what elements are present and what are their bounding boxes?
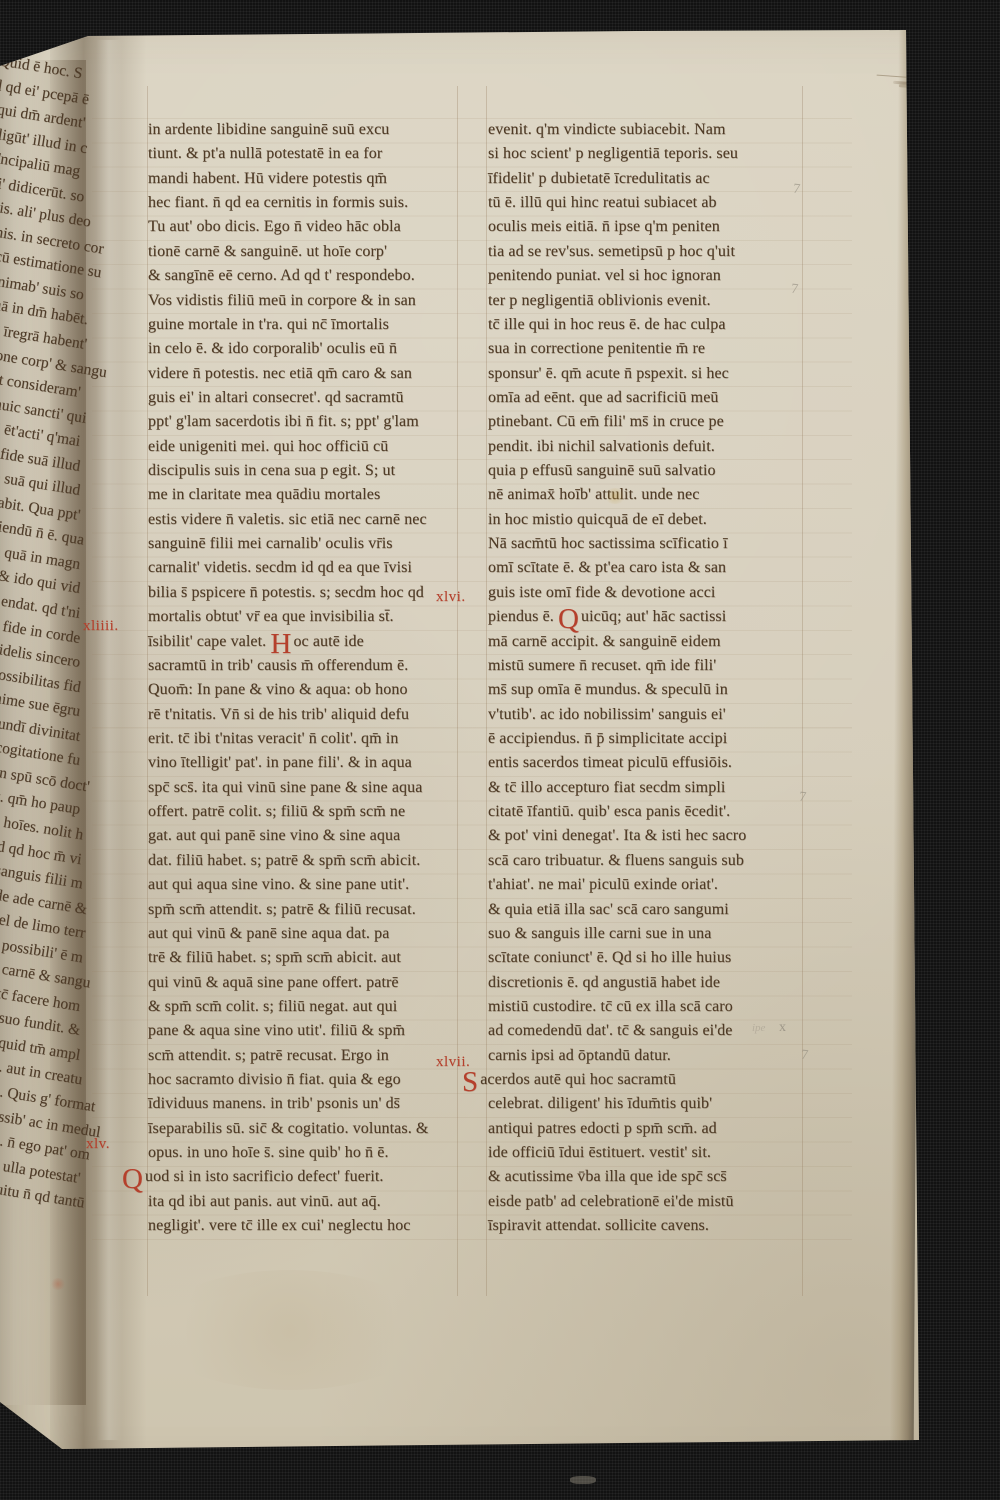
line-text: in hoc mistio quicquā de eī debet. — [488, 511, 707, 528]
line-text: carnalit' videtis. secdm id qd ea que īv… — [148, 559, 412, 576]
line-text: mistiū custodire. tc̄ cū ex illa scā car… — [488, 998, 733, 1015]
text-line: & sangīnē eē cerno. Ad qd t' respondebo. — [148, 264, 478, 288]
text-line: piendus ē. Quicūq; aut' hāc sactissi — [488, 605, 818, 629]
line-text: qui vinū & aquā sine pane offert. patrē — [148, 974, 399, 991]
line-text: celebrat. diligent' his īdum̄tis quib' — [488, 1095, 712, 1112]
text-line: hoc sacramto divisio n̄ fiat. quia & ego — [148, 1068, 478, 1092]
text-line: rē t'nitatis. Vn̄ si de his trib' aliqui… — [148, 703, 478, 727]
line-text: tū ē. illū qui hinc reatui subiacet ab — [488, 194, 717, 211]
line-text: spc̄ scs̄. ita qui vinū sine pane & sine… — [148, 779, 422, 796]
line-text: sua in correctione penitentie m̄ re — [488, 340, 705, 357]
stain — [604, 488, 626, 504]
line-text: & pot' vini denegat'. Ita & isti hec sac… — [488, 827, 746, 844]
line-text: erit. tc̄ ibi t'nitas veracit' n̄ colit'… — [148, 730, 398, 747]
text-line: mā carnē accipit. & sanguinē eidem — [488, 630, 818, 654]
line-text: bilia s̄ pspicere n̄ potestis. s; secdm … — [148, 584, 424, 601]
line-text: scā caro tribuatur. & fluens sanguis sub — [488, 852, 744, 869]
text-line: Quom̄: In pane & vino & aqua: ob hono — [148, 678, 478, 702]
line-text: acerdos autē qui hoc sacramtū — [480, 1071, 676, 1088]
text-line: tiunt. & pt'a nullā potestatē in ea for — [148, 142, 478, 166]
text-line: Tu aut' obo dicis. Ego n̄ video hāc obla — [148, 215, 478, 239]
line-text: Quom̄: In pane & vino & aqua: ob hono — [148, 681, 408, 698]
line-text: tiunt. & pt'a nullā potestatē in ea for — [148, 145, 382, 162]
text-line: in celo ē. & ido corporalib' oculis eū n… — [148, 337, 478, 361]
line-text: opus. in uno hoīe s̄. sine quib' ho n̄ ē… — [148, 1144, 389, 1161]
text-line: & quia etiā illa sac' scā caro sangumi — [488, 898, 818, 922]
line-text: ptinebant. Cū em̄ fili' ms̄ in cruce pe — [488, 413, 724, 430]
text-line: antiqui patres edocti p spm̄ scm̄. ad — [488, 1117, 818, 1141]
text-line: & acutissime v̄ba illa que ide spc̄ scs̄ — [488, 1165, 818, 1189]
line-text: citatē īfantiū. quib' esca panis ēcedit'… — [488, 803, 730, 820]
line-text: & quia etiā illa sac' scā caro sangumi — [488, 901, 729, 918]
line-text: eide unigeniti mei. qui hoc officiū cū — [148, 438, 388, 455]
text-line: negligit'. vere tc̄ ille ex cui' neglect… — [148, 1214, 478, 1238]
text-line: īdividuus manens. in trib' psonis un' ds… — [148, 1092, 478, 1116]
line-text: antiqui patres edocti p spm̄ scm̄. ad — [488, 1120, 717, 1137]
text-line: erit. tc̄ ibi t'nitas veracit' n̄ colit'… — [148, 727, 478, 751]
margin-numeral-xlvi: xlvi. — [436, 589, 466, 606]
line-text: īdividuus manens. in trib' psonis un' ds… — [148, 1095, 400, 1112]
stain — [150, 1270, 430, 1390]
line-text: in celo ē. & ido corporalib' oculis eū n… — [148, 340, 397, 357]
text-line: in hoc mistio quicquā de eī debet. — [488, 508, 818, 532]
text-line: ita qd ibi aut panis. aut vinū. aut aq̄. — [148, 1190, 478, 1214]
line-text: hoc sacramto divisio n̄ fiat. quia & ego — [148, 1071, 401, 1088]
text-line: mandi habent. Hū videre potestis qm̄ — [148, 167, 478, 191]
text-line: ppt' g'lam sacerdotis ibi n̄ fit. s; ppt… — [148, 410, 478, 434]
line-text: īfidelit' p dubietatē īcredulitatis ac — [488, 170, 710, 187]
text-line: sua in correctione penitentie m̄ re — [488, 337, 818, 361]
line-text: omī scītate ē. & pt'ea caro ista & san — [488, 559, 726, 576]
text-line: Nā sacm̄tū hoc sactissima scīficatio ī — [488, 532, 818, 556]
text-line: ms̄ sup omīa ē mundus. & speculū in — [488, 678, 818, 702]
line-text: videre n̄ potestis. nec etiā qm̄ caro & … — [148, 365, 412, 382]
line-text: tia ad se rev'sus. semetipsū p hoc q'uit — [488, 243, 735, 260]
text-line: mistū sumere n̄ recuset. qm̄ ide fili' — [488, 654, 818, 678]
pencil-note: ipe — [752, 1022, 765, 1034]
folio-number: 58 — [906, 35, 945, 71]
line-text: mā carnē accipit. & sanguinē eidem — [488, 633, 721, 650]
text-line: mistiū custodire. tc̄ cū ex illa scā car… — [488, 995, 818, 1019]
text-line: scītate coniunct' ē. Qd si ho ille huius — [488, 946, 818, 970]
line-text: oculis meis eitiā. n̄ ipse q'm peniten — [488, 218, 720, 235]
text-line: īfidelit' p dubietatē īcredulitatis ac — [488, 167, 818, 191]
text-line: ide officiū īdui ēstituert. vestit' sit. — [488, 1141, 818, 1165]
text-line: scm̄ attendit. s; patrē recusat. Ergo in — [148, 1044, 478, 1068]
text-line: Vos vidistis filiū meū in corpore & in s… — [148, 289, 478, 313]
text-line: oculis meis eitiā. n̄ ipse q'm peniten — [488, 215, 818, 239]
line-text: & tc̄ illo accepturo fiat secdm simpli — [488, 779, 725, 796]
text-line: scā caro tribuatur. & fluens sanguis sub — [488, 849, 818, 873]
line-text: Tu aut' obo dicis. Ego n̄ video hāc obla — [148, 218, 401, 235]
line-text: guis ei' in altari consecret'. qd sacram… — [148, 389, 404, 406]
line-text: aut qui vinū & panē sine aqua dat. pa — [148, 925, 389, 942]
text-line: omīa ad eēnt. que ad sacrificiū meū — [488, 386, 818, 410]
line-text: offert. patrē colit. s; filiū & spm̄ scm… — [148, 803, 405, 820]
text-line: eide unigeniti mei. qui hoc officiū cū — [148, 435, 478, 459]
line-text: mistū sumere n̄ recuset. qm̄ ide fili' — [488, 657, 716, 674]
text-line: & tc̄ illo accepturo fiat secdm simpli — [488, 776, 818, 800]
line-text: & acutissime v̄ba illa que ide spc̄ scs̄ — [488, 1168, 727, 1185]
line-text: dat. filiū habet. s; patrē & spm̄ scm̄ a… — [148, 852, 420, 869]
line-text: piendus ē. — [488, 608, 558, 625]
line-text: si hoc scient' p negligentiā teporis. se… — [488, 145, 738, 162]
line-text: penitendo puniat. vel si hoc ignoran — [488, 267, 721, 284]
line-text: tionē carnē & sanguinē. ut hoīe corp' — [148, 243, 387, 260]
margin-numeral-xliiii: xliiii. — [83, 618, 119, 635]
line-text: mandi habent. Hū videre potestis qm̄ — [148, 170, 387, 187]
text-line: omī scītate ē. & pt'ea caro ista & san — [488, 556, 818, 580]
text-line: aut qui vinū & panē sine aqua dat. pa — [148, 922, 478, 946]
text-line: tionē carnē & sanguinē. ut hoīe corp' — [148, 240, 478, 264]
line-text: mortalis obtut' vr̄ ea que invisibilia s… — [148, 608, 394, 625]
line-text: & spm̄ scm̄ colit. s; filiū negat. aut q… — [148, 998, 397, 1015]
line-text: pane & aqua sine vino utit'. filiū & spm… — [148, 1022, 405, 1039]
text-line: guis iste omī fide & devotione acci — [488, 581, 818, 605]
line-text: eisde patb' ad celebrationē ei'de mistū — [488, 1193, 734, 1210]
text-line: sacramtū in trib' causis m̄ offerendum ē… — [148, 654, 478, 678]
line-text: ad comedendū dat'. tc̄ & sanguis ei'de — [488, 1022, 733, 1039]
line-text: ms̄ sup omīa ē mundus. & speculū in — [488, 681, 728, 698]
line-text: t'ahiat'. ne mai' piculū exinde oriat'. — [488, 876, 718, 893]
text-line: citatē īfantiū. quib' esca panis ēcedit'… — [488, 800, 818, 824]
text-line: t'ahiat'. ne mai' piculū exinde oriat'. — [488, 873, 818, 897]
line-text: guine mortale in t'ra. qui nc̄ īmortalis — [148, 316, 389, 333]
line-text: sacramtū in trib' causis m̄ offerendum ē… — [148, 657, 408, 674]
text-line: penitendo puniat. vel si hoc ignoran — [488, 264, 818, 288]
text-line: ad comedendū dat'. tc̄ & sanguis ei'de — [488, 1019, 818, 1043]
line-text: oc autē ide — [293, 633, 363, 650]
text-line: trē & filiū habet. s; spm̄ scm̄ abicit. … — [148, 946, 478, 970]
pencil-x-mark: x — [779, 1020, 786, 1036]
text-line: sanguinē filii mei carnalib' oculis vr̄i… — [148, 532, 478, 556]
line-text: gat. aut qui panē sine vino & sine aqua — [148, 827, 400, 844]
margin-numeral-xlv: xlv. — [86, 1136, 110, 1153]
line-text: īspiravit attendat. sollicite cavens. — [488, 1217, 709, 1234]
line-text: scītate coniunct' ē. Qd si ho ille huius — [488, 949, 731, 966]
line-text: pendit. ibi nichil salvationis defuit. — [488, 438, 715, 455]
text-line: tū ē. illū qui hinc reatui subiacet ab — [488, 191, 818, 215]
text-line: īspiravit attendat. sollicite cavens. — [488, 1214, 818, 1238]
text-line: vino ītelligit' pat'. in pane fili'. & i… — [148, 751, 478, 775]
text-line: suo & sanguis ille carni sue in una — [488, 922, 818, 946]
line-text: scm̄ attendit. s; patrē recusat. Ergo in — [148, 1047, 389, 1064]
manuscript-photo: ūr. Quid ē hoc. S a id qd ei' pcepā ē is… — [0, 0, 1000, 1500]
left-text-column: in ardente libidine sanguinē suū excu ti… — [148, 118, 478, 1239]
stain — [50, 1278, 66, 1290]
line-text: ter p negligentiā oblivionis evenit. — [488, 292, 711, 309]
text-line: carnis ipsi ad ōptandū datur. — [488, 1044, 818, 1068]
line-text: carnis ipsi ad ōptandū datur. — [488, 1047, 671, 1064]
text-line: tc̄ ille qui in hoc reus ē. de hac culpa — [488, 313, 818, 337]
text-line: gat. aut qui panē sine vino & sine aqua — [148, 824, 478, 848]
line-text: & sangīnē eē cerno. Ad qd t' respondebo. — [148, 267, 415, 284]
line-text: sanguinē filii mei carnalib' oculis vr̄i… — [148, 535, 393, 552]
line-text: rē t'nitatis. Vn̄ si de his trib' aliqui… — [148, 706, 409, 723]
text-line: quia p effusū sanguinē suū salvatio — [488, 459, 818, 483]
background-chip — [570, 1476, 596, 1484]
text-line: videre n̄ potestis. nec etiā qm̄ caro & … — [148, 362, 478, 386]
text-line: ter p negligentiā oblivionis evenit. — [488, 289, 818, 313]
text-line: carnalit' videtis. secdm id qd ea que īv… — [148, 556, 478, 580]
line-text: entis sacerdos timeat piculū effusiōis. — [488, 754, 732, 771]
line-text: hec fiant. n̄ qd ea cernitis in formis s… — [148, 194, 408, 211]
text-line: in ardente libidine sanguinē suū excu — [148, 118, 478, 142]
line-text: ita qd ibi aut panis. aut vinū. aut aq̄. — [148, 1193, 381, 1210]
text-line: discretionis ē. qd angustiā habet ide — [488, 971, 818, 995]
line-text: v'tutib'. ac ido nobilissim' sanguis ei' — [488, 706, 726, 723]
line-text: trē & filiū habet. s; spm̄ scm̄ abicit. … — [148, 949, 401, 966]
text-line: qui vinū & aquā sine pane offert. patrē — [148, 971, 478, 995]
line-text: spm̄ scm̄ attendit. s; patrē & filiū rec… — [148, 901, 416, 918]
page-edge — [890, 30, 923, 1442]
text-line: opus. in uno hoīe s̄. sine quib' ho n̄ ē… — [148, 1141, 478, 1165]
text-line: Quod si in isto sacrificio defect' fueri… — [148, 1165, 478, 1189]
text-line: celebrat. diligent' his īdum̄tis quib' — [488, 1092, 818, 1116]
line-text: sponsur' ē. qm̄ acute n̄ pspexit. si hec — [488, 365, 729, 382]
line-text: me in claritate mea quādiu mortales — [148, 486, 380, 503]
text-line: & spm̄ scm̄ colit. s; filiū negat. aut q… — [148, 995, 478, 1019]
text-line: īsibilit' cape valet. Hoc autē ide — [148, 630, 478, 654]
text-line: v'tutib'. ac ido nobilissim' sanguis ei' — [488, 703, 818, 727]
text-line: aut qui aqua sine vino. & sine pane utit… — [148, 873, 478, 897]
text-line: nē animax̄ hoīb' attulit. unde nec — [488, 483, 818, 507]
line-text: discretionis ē. qd angustiā habet ide — [488, 974, 720, 991]
text-line: bilia s̄ pspicere n̄ potestis. s; secdm … — [148, 581, 478, 605]
text-line: spc̄ scs̄. ita qui vinū sine pane & sine… — [148, 776, 478, 800]
text-line: hec fiant. n̄ qd ea cernitis in formis s… — [148, 191, 478, 215]
text-line: pendit. ibi nichil salvationis defuit. — [488, 435, 818, 459]
line-text: discipulis suis in cena sua p egit. S; u… — [148, 462, 395, 479]
line-text: suo & sanguis ille carni sue in una — [488, 925, 711, 942]
text-line: estis videre n̄ valetis. sic etiā nec ca… — [148, 508, 478, 532]
text-line: tia ad se rev'sus. semetipsū p hoc q'uit — [488, 240, 818, 264]
text-line: eisde patb' ad celebrationē ei'de mistū — [488, 1190, 818, 1214]
line-text: uod si in isto sacrificio defect' fuerit… — [145, 1168, 383, 1185]
line-text: in ardente libidine sanguinē suū excu — [148, 121, 389, 138]
vertical-ruling — [486, 86, 487, 1296]
line-text: guis iste omī fide & devotione acci — [488, 584, 715, 601]
manuscript-page: ūr. Quid ē hoc. S a id qd ei' pcepā ē is… — [0, 0, 1000, 1500]
text-line: entis sacerdos timeat piculū effusiōis. — [488, 751, 818, 775]
line-text: tc̄ ille qui in hoc reus ē. de hac culpa — [488, 316, 726, 333]
text-line: offert. patrē colit. s; filiū & spm̄ scm… — [148, 800, 478, 824]
line-text: ppt' g'lam sacerdotis ibi n̄ fit. s; ppt… — [148, 413, 419, 430]
text-line: ē accipiendus. n̄ p̄ simplicitate accipi — [488, 727, 818, 751]
text-line: discipulis suis in cena sua p egit. S; u… — [148, 459, 478, 483]
line-text: aut qui aqua sine vino. & sine pane utit… — [148, 876, 409, 893]
line-text: Vos vidistis filiū meū in corpore & in s… — [148, 292, 416, 309]
text-line: me in claritate mea quādiu mortales — [148, 483, 478, 507]
line-text: uicūq; aut' hāc sactissi — [581, 608, 726, 625]
margin-numeral-xlvii: xlvii. — [436, 1054, 470, 1071]
line-text: estis videre n̄ valetis. sic etiā nec ca… — [148, 511, 427, 528]
right-text-column: evenit. q'm vindicte subiacebit. Nam si … — [488, 118, 818, 1239]
line-text: ide officiū īdui ēstituert. vestit' sit. — [488, 1144, 711, 1161]
text-line: & pot' vini denegat'. Ita & isti hec sac… — [488, 824, 818, 848]
facing-page-line-endings: ūr. Quid ē hoc. S a id qd ei' pcepā ē is… — [0, 62, 80, 1216]
scratch-mark — [893, 81, 985, 90]
text-line: dat. filiū habet. s; patrē & spm̄ scm̄ a… — [148, 849, 478, 873]
line-text: Nā sacm̄tū hoc sactissima scīficatio ī — [488, 535, 728, 552]
text-line: guis ei' in altari consecret'. qd sacram… — [148, 386, 478, 410]
text-line: ptinebant. Cū em̄ fili' ms̄ in cruce pe — [488, 410, 818, 434]
text-line: Sacerdos autē qui hoc sacramtū — [488, 1068, 818, 1092]
line-text: quia p effusū sanguinē suū salvatio — [488, 462, 716, 479]
text-line: mortalis obtut' vr̄ ea que invisibilia s… — [148, 605, 478, 629]
line-text: nē animax̄ hoīb' attulit. unde nec — [488, 486, 699, 503]
line-text: evenit. q'm vindicte subiacebit. Nam — [488, 121, 726, 138]
line-text: negligit'. vere tc̄ ille ex cui' neglect… — [148, 1217, 411, 1234]
line-text: omīa ad eēnt. que ad sacrificiū meū — [488, 389, 719, 406]
text-line: evenit. q'm vindicte subiacebit. Nam — [488, 118, 818, 142]
text-line: īseparabilis sū. sic̄ & cogitatio. volun… — [148, 1117, 478, 1141]
text-line: si hoc scient' p negligentiā teporis. se… — [488, 142, 818, 166]
text-line: pane & aqua sine vino utit'. filiū & spm… — [148, 1019, 478, 1043]
text-line: sponsur' ē. qm̄ acute n̄ pspexit. si hec — [488, 362, 818, 386]
line-text: ē accipiendus. n̄ p̄ simplicitate accipi — [488, 730, 727, 747]
text-line: guine mortale in t'ra. qui nc̄ īmortalis — [148, 313, 478, 337]
line-text: vino ītelligit' pat'. in pane fili'. & i… — [148, 754, 412, 771]
line-text: īsibilit' cape valet. — [148, 633, 270, 650]
line-text: īseparabilis sū. sic̄ & cogitatio. volun… — [148, 1120, 428, 1137]
text-line: spm̄ scm̄ attendit. s; patrē & filiū rec… — [148, 898, 478, 922]
